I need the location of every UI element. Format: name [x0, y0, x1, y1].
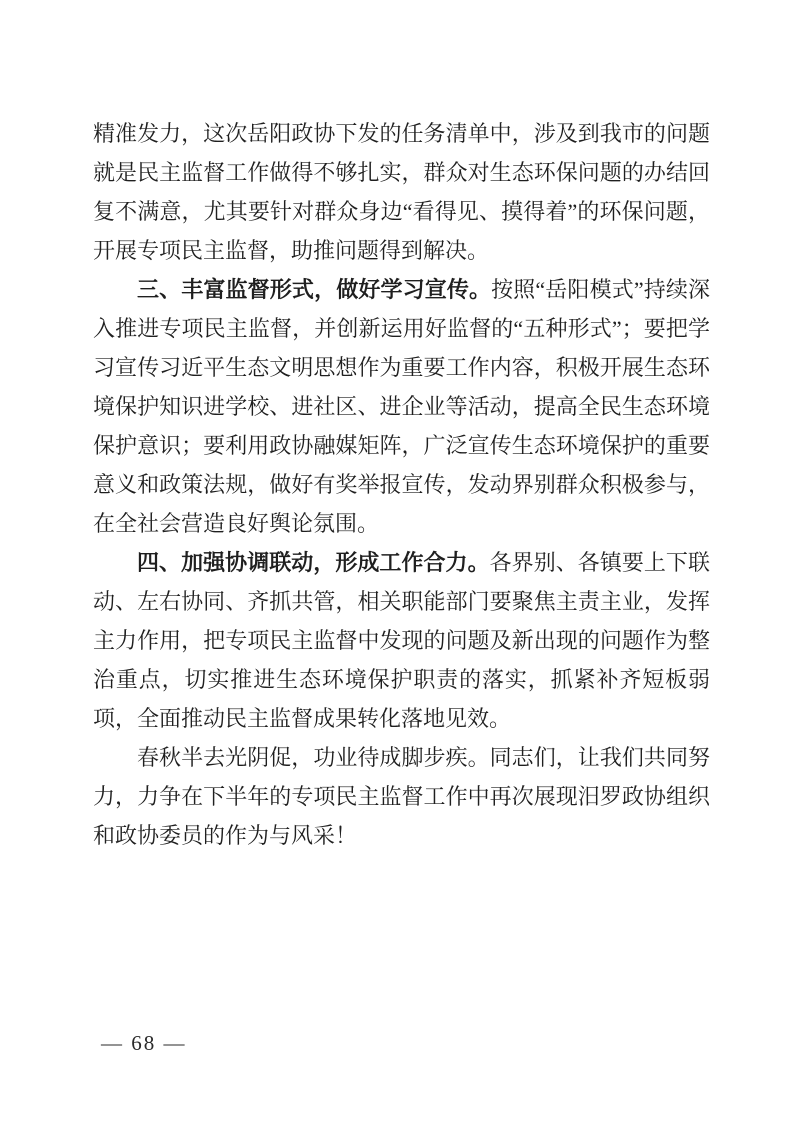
- paragraph-text: 按照“岳阳模式”持续深入推进专项民主监督，并创新运用好监督的“五种形式”；要把学…: [93, 277, 710, 536]
- section-three-heading: 三、丰富监督形式，做好学习宣传。: [137, 277, 491, 302]
- paragraph-section-three: 三、丰富监督形式，做好学习宣传。按照“岳阳模式”持续深入推进专项民主监督，并创新…: [93, 270, 710, 543]
- paragraph-text: 各界别、各镇要上下联动、左右协同、齐抓共管，相关职能部门要聚焦主责主业，发挥主力…: [93, 550, 710, 731]
- document-page: 精准发力，这次岳阳政协下发的任务清单中，涉及到我市的问题就是民主监督工作做得不够…: [0, 0, 793, 1122]
- paragraph-text: 春秋半去光阴促，功业待成脚步疾。同志们，让我们共同努力，力争在下半年的专项民主监…: [93, 745, 710, 848]
- paragraph-section-four: 四、加强协调联动，形成工作合力。各界别、各镇要上下联动、左右协同、齐抓共管，相关…: [93, 543, 710, 738]
- paragraph-text: 精准发力，这次岳阳政协下发的任务清单中，涉及到我市的问题就是民主监督工作做得不够…: [93, 121, 710, 263]
- document-body: 精准发力，这次岳阳政协下发的任务清单中，涉及到我市的问题就是民主监督工作做得不够…: [93, 114, 710, 855]
- paragraph-continuation: 精准发力，这次岳阳政协下发的任务清单中，涉及到我市的问题就是民主监督工作做得不够…: [93, 114, 710, 270]
- page-number: — 68 —: [101, 1030, 187, 1056]
- section-four-heading: 四、加强协调联动，形成工作合力。: [137, 550, 490, 575]
- paragraph-closing: 春秋半去光阴促，功业待成脚步疾。同志们，让我们共同努力，力争在下半年的专项民主监…: [93, 738, 710, 855]
